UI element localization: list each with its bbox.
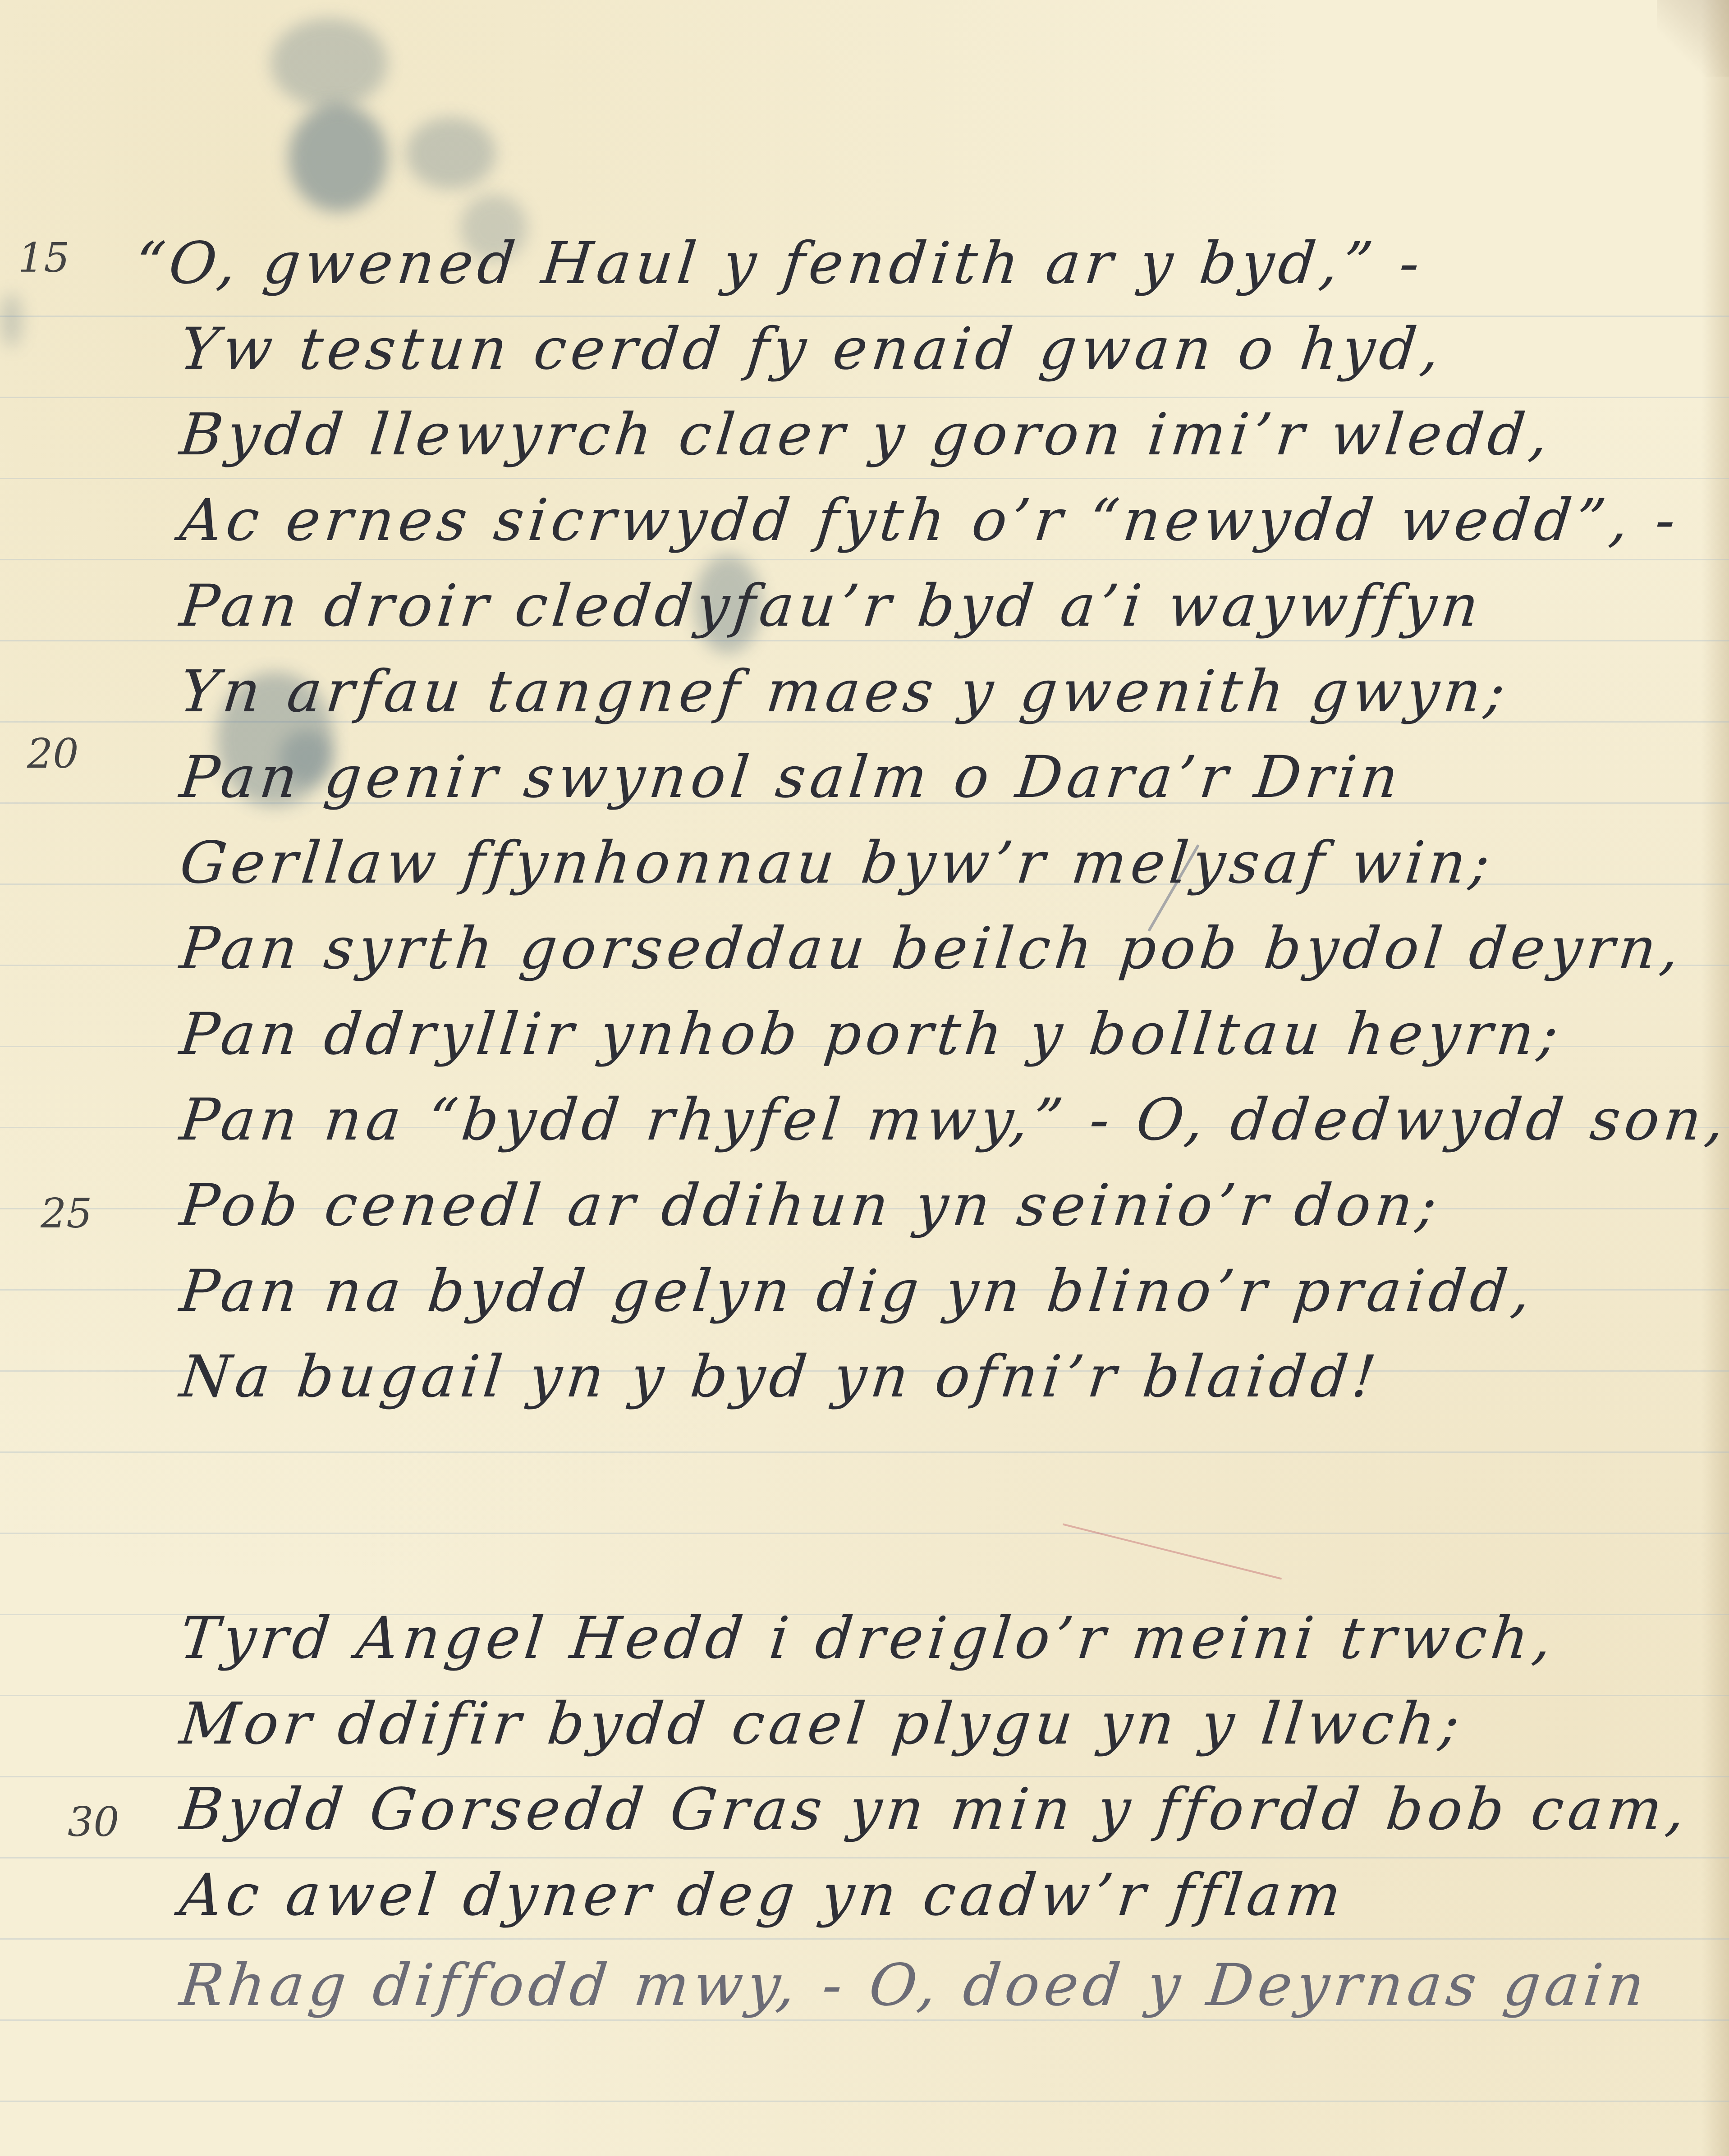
poem-line: Pan na “bydd rhyfel mwy,” - O, ddedwydd … [177, 1086, 1729, 1154]
ruled-line [0, 1857, 1729, 1858]
ruled-line [0, 1451, 1729, 1453]
ruled-line [0, 1938, 1729, 1940]
ruled-line [0, 478, 1729, 479]
line-number-25: 25 [41, 1190, 92, 1237]
poem-line: Yw testun cerdd fy enaid gwan o hyd, [177, 316, 1447, 383]
poem-line: Rhag diffodd mwy, - O, doed y Deyrnas ga… [177, 1952, 1652, 2019]
poem-line: Tyrd Angel Hedd i dreiglo’r meini trwch, [177, 1605, 1559, 1672]
line-number-20: 20 [27, 730, 79, 778]
poem-line: Pan na bydd gelyn dig yn blino’r praidd, [177, 1258, 1538, 1325]
ink-stain [406, 117, 496, 189]
ink-stain [0, 293, 23, 347]
ruled-line [0, 1533, 1729, 1534]
poem-line: Pan genir swynol salm o Dara’r Drin [177, 744, 1406, 811]
manuscript-page: 15 20 25 30 “O, gwened Haul y fendith ar… [0, 0, 1729, 2156]
line-number-15: 15 [18, 234, 70, 282]
ruled-line [0, 559, 1729, 560]
poem-line: Pob cenedl ar ddihun yn seinio’r don; [177, 1172, 1445, 1239]
ruled-line [0, 397, 1729, 398]
red-pencil-mark [1063, 1524, 1282, 1580]
ink-stain [271, 18, 388, 108]
poem-line: Na bugail yn y byd yn ofni’r blaidd! [177, 1343, 1383, 1410]
page-edge-shadow [1702, 0, 1729, 2156]
ink-stain [289, 104, 388, 212]
poem-line: Yn arfau tangnef maes y gwenith gwyn; [177, 658, 1513, 725]
poem-line: Mor ddifir bydd cael plygu yn y llwch; [177, 1690, 1467, 1758]
poem-line: “O, gwened Haul y fendith ar y byd,” - [132, 230, 1427, 297]
poem-line: Pan syrth gorseddau beilch pob bydol dey… [177, 915, 1687, 982]
poem-line: Bydd llewyrch claer y goron imi’r wledd, [177, 401, 1556, 468]
ruled-line [0, 2019, 1729, 2021]
ruled-line [0, 640, 1729, 641]
poem-line: Bydd Gorsedd Gras yn min y ffordd bob ca… [177, 1776, 1692, 1843]
poem-line: Gerllaw ffynhonnau byw’r melysaf win; [177, 829, 1497, 897]
poem-line: Ac awel dyner deg yn cadw’r fflam [177, 1862, 1348, 1929]
ruled-line [0, 2101, 1729, 2102]
poem-line: Pan droir cleddyfau’r byd a’i waywffyn [177, 572, 1486, 640]
line-number-30: 30 [68, 1799, 119, 1846]
poem-line: Ac ernes sicrwydd fyth o’r “newydd wedd”… [177, 487, 1683, 554]
poem-line: Pan ddryllir ynhob porth y bolltau heyrn… [177, 1001, 1566, 1068]
